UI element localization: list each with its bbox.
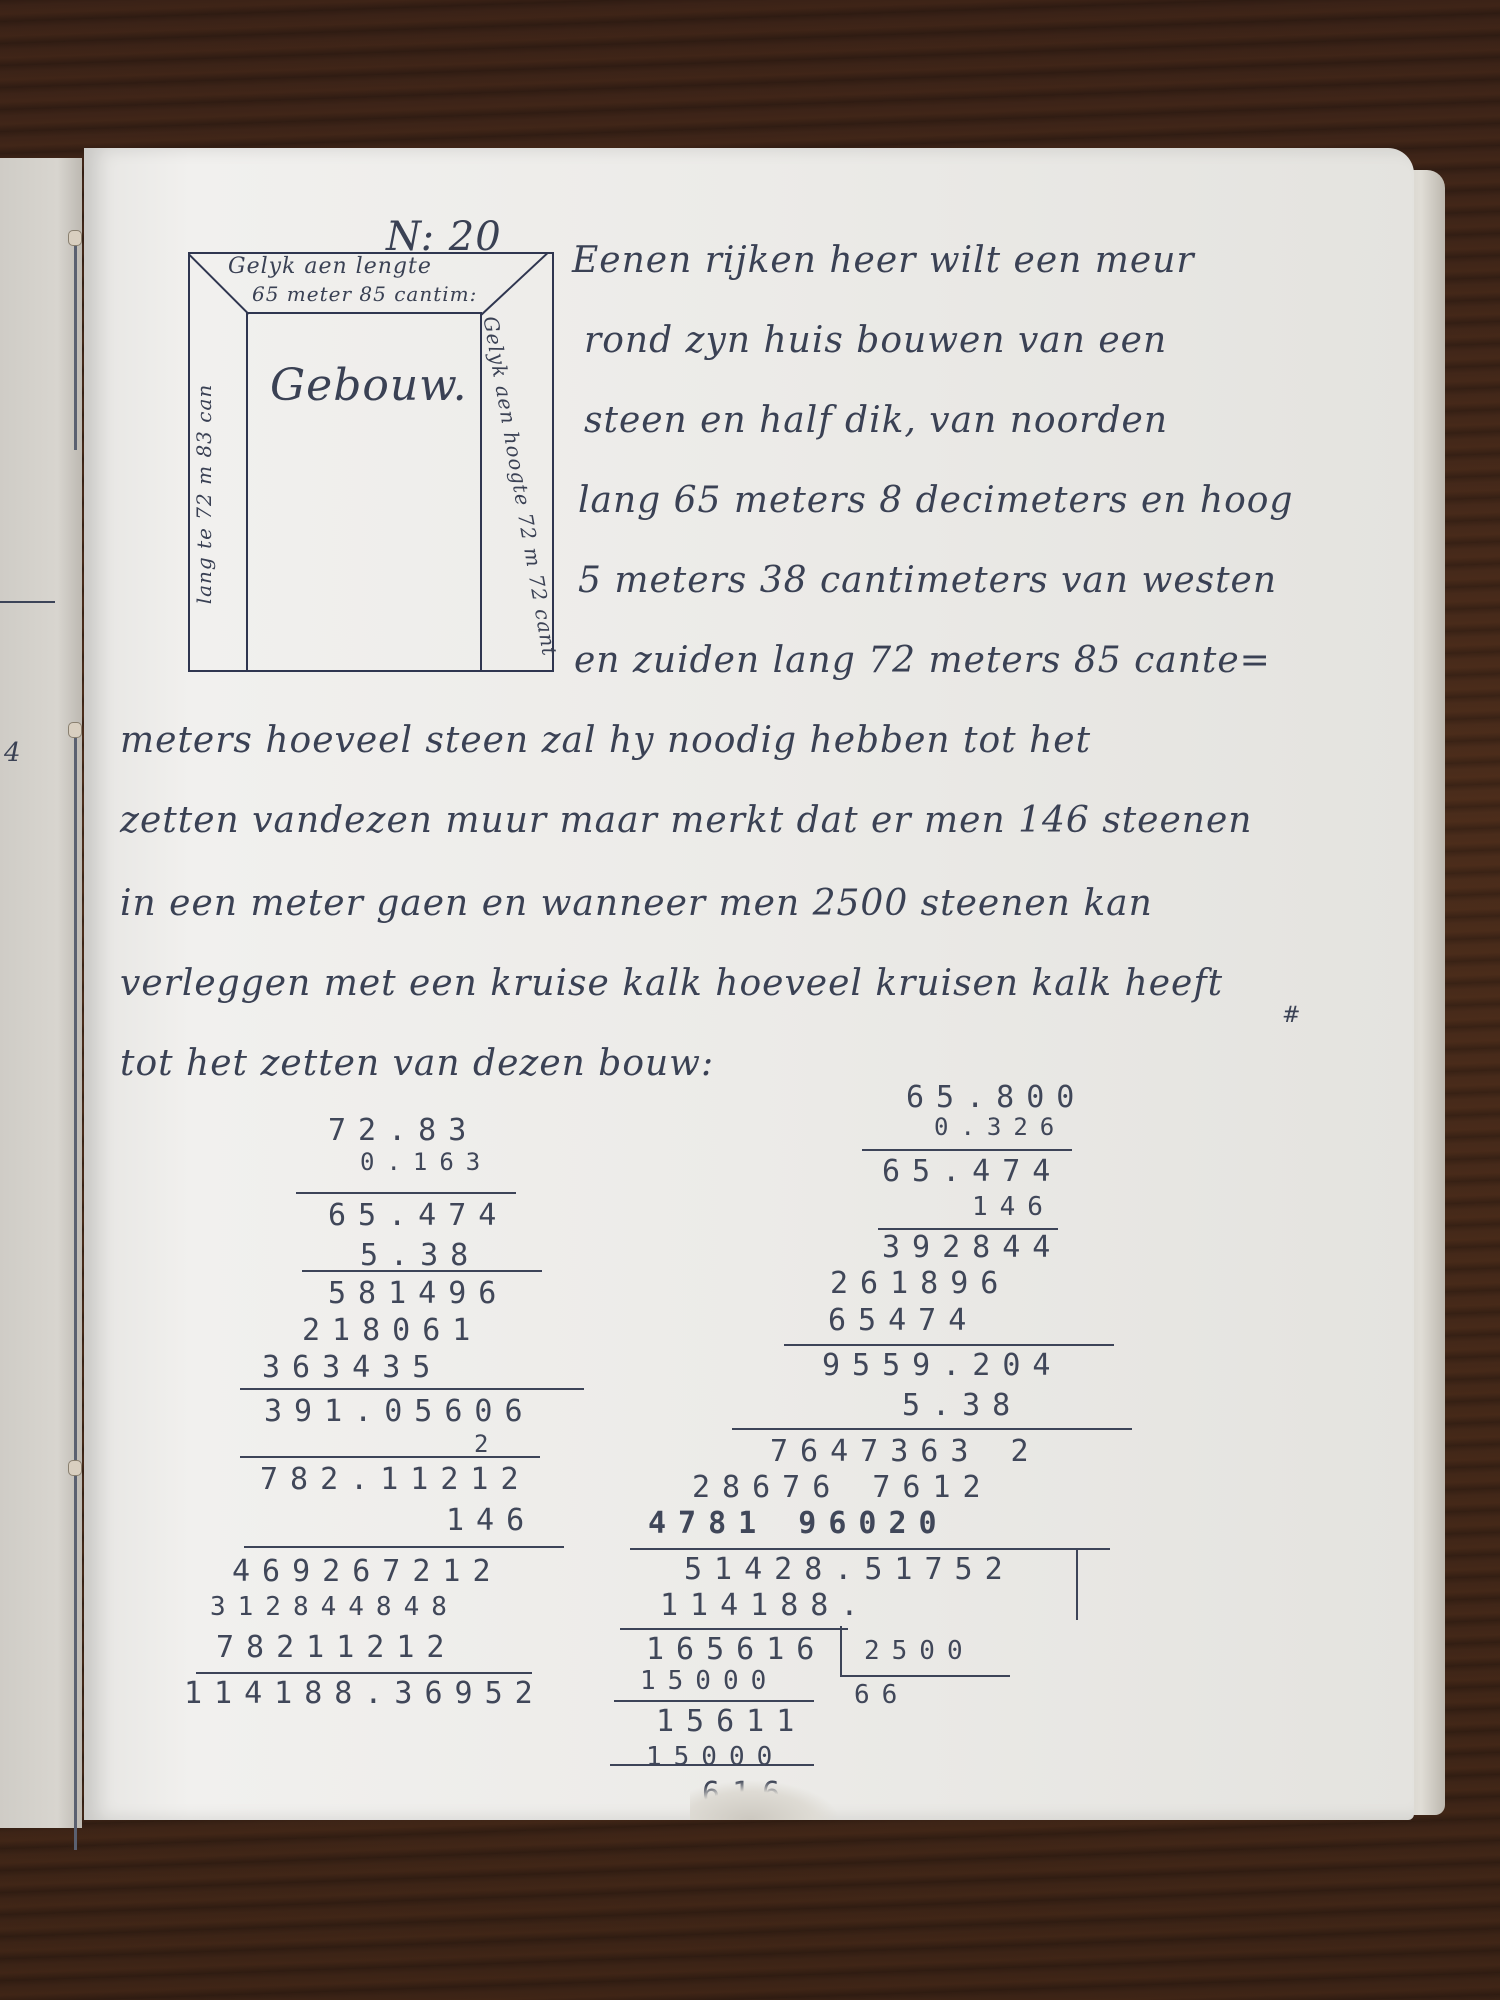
calc-rule	[240, 1456, 540, 1458]
calc-row: 78211212	[216, 1630, 457, 1665]
calc-row: 363435	[262, 1350, 442, 1385]
calc-row: 0.163	[360, 1148, 492, 1176]
calc-row: 261896	[830, 1266, 1010, 1301]
problem-text-line: in een meter gaen en wanneer men 2500 st…	[120, 883, 1153, 924]
margin-mark: #	[1282, 1003, 1301, 1028]
calc-rule	[240, 1388, 584, 1390]
diagram-center-label: Gebouw.	[270, 360, 468, 411]
problem-text-line: verleggen met een kruise kalk hoeveel kr…	[120, 963, 1223, 1004]
calc-rule	[302, 1270, 542, 1272]
calc-row: 782.11212	[260, 1462, 531, 1497]
division-divisor: 2500	[864, 1636, 975, 1666]
division-row: 15000	[646, 1742, 784, 1772]
calc-row: 392844	[882, 1230, 1062, 1265]
calc-rule	[784, 1344, 1114, 1346]
division-rule	[610, 1764, 814, 1766]
diagram-left-label: lang te 72 m 83 can	[192, 324, 216, 664]
calc-rule	[296, 1192, 516, 1194]
building-diagram: N: 20 Gelyk aen lengte 65 meter 85 canti…	[188, 252, 554, 672]
calc-rule	[630, 1548, 1110, 1550]
calc-row: 9559.204	[822, 1348, 1063, 1383]
division-rule	[620, 1628, 848, 1630]
calc-row: 51428.51752	[684, 1552, 1015, 1587]
calc-row: 146	[446, 1503, 536, 1538]
calc-rule	[732, 1428, 1132, 1430]
division-rule	[840, 1675, 1010, 1677]
problem-text-line: zetten vandezen muur maar merkt dat er m…	[120, 800, 1252, 841]
calc-row: 391.05606	[264, 1394, 535, 1429]
left-facing-page: 4	[0, 158, 82, 1828]
division-row: 15611	[656, 1704, 806, 1739]
calc-row: 4781 96020	[648, 1506, 949, 1541]
calc-row: 65.474	[882, 1154, 1062, 1189]
problem-text-line: Eenen rijken heer wilt een meur	[572, 240, 1195, 281]
paper-tear	[690, 1780, 840, 1820]
problem-text-line: steen en half dik, van noorden	[584, 400, 1168, 441]
calc-row: 114188.36952	[184, 1676, 545, 1711]
problem-text-line: en zuiden lang 72 meters 85 cante=	[574, 640, 1271, 681]
calc-row: 218061	[302, 1313, 482, 1348]
calc-row: 65.474	[328, 1198, 508, 1233]
division-quotient: 66	[854, 1680, 909, 1710]
problem-text-line: rond zyn huis bouwen van een	[584, 320, 1167, 361]
problem-text-line: 5 meters 38 cantimeters van westen	[578, 560, 1277, 601]
calc-row: 65.800	[906, 1080, 1086, 1115]
calc-row: 5.38	[902, 1388, 1022, 1423]
calc-row: 65474	[828, 1303, 978, 1338]
calc-rule	[196, 1672, 532, 1674]
calc-row: 469267212	[232, 1554, 503, 1589]
binding-stitch	[74, 730, 77, 1850]
calc-row: 7647363 2	[770, 1434, 1041, 1469]
ruled-line-fragment	[0, 601, 55, 603]
calc-row: 146	[972, 1192, 1055, 1222]
stitch-knot	[68, 1460, 82, 1476]
calc-rule	[862, 1149, 1072, 1151]
problem-text-line: tot het zetten van dezen bouw:	[120, 1043, 714, 1084]
stitch-knot	[68, 230, 82, 246]
diagram-top-dimension: 65 meter 85 cantim:	[252, 282, 477, 306]
division-row: 165616	[646, 1632, 826, 1667]
left-page-fragment: 4	[4, 738, 22, 768]
calc-row: 0.326	[934, 1113, 1066, 1141]
calc-row: 72.83	[328, 1113, 478, 1148]
binding-stitch	[74, 240, 77, 450]
problem-text-line: meters hoeveel steen zal hy noodig hebbe…	[120, 720, 1091, 761]
problem-text-line: lang 65 meters 8 decimeters en hoog	[578, 480, 1293, 521]
calc-row: 114188.	[660, 1588, 870, 1623]
calc-vertical-rule	[1076, 1548, 1078, 1620]
notebook-page: N: 20 Gelyk aen lengte 65 meter 85 canti…	[84, 148, 1414, 1820]
division-bracket	[840, 1626, 842, 1676]
division-row: 15000	[640, 1666, 778, 1696]
division-rule	[614, 1700, 814, 1702]
calc-rule	[244, 1546, 564, 1548]
stitch-knot	[68, 722, 82, 738]
calc-row: 312844848	[210, 1592, 459, 1622]
calc-row: 28676 7612	[692, 1470, 993, 1505]
diagram-top-label: Gelyk aen lengte	[228, 254, 432, 279]
calc-row: 581496	[328, 1276, 508, 1311]
calc-row: 5.38	[360, 1238, 480, 1273]
calc-row: 2	[474, 1430, 500, 1458]
